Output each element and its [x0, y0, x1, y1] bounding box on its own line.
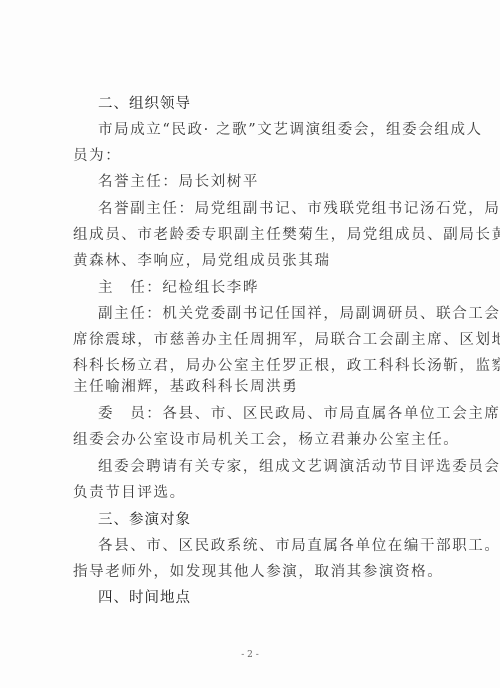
page-number: - 2 - [0, 650, 500, 660]
paragraph-line: 科科长杨立君，局办公室主任罗正根，政工科科长汤靳，监察室 [73, 357, 435, 375]
paragraph-line: 主任喻湘辉，基政科科长周洪勇 [73, 378, 435, 396]
paragraph-line: 组成员、市老龄委专职副主任樊菊生，局党组成员、副局长黄鸣、 [73, 226, 435, 244]
director-line: 主 任：纪检组长李晔 [98, 279, 435, 297]
paragraph-line: 组委会聘请有关专家，组成文艺调演活动节目评选委员会， [98, 458, 435, 476]
honorary-director-line: 名誉主任：局长刘树平 [98, 173, 435, 191]
section-heading-time-place: 四、时间地点 [98, 589, 435, 607]
paragraph-line: 负责节目评选。 [73, 484, 435, 502]
section-heading-participants: 三、参演对象 [98, 511, 435, 529]
paragraph-line: 黄森林、李响应，局党组成员张其瑞 [73, 252, 435, 270]
paragraph-line: 市局成立“民政· 之歌”文艺调演组委会，组委会组成人 [98, 121, 435, 139]
paragraph-line: 员为： [73, 147, 435, 165]
paragraph-line: 各县、市、区民政系统、市局直属各单位在编干部职工。除 [98, 537, 435, 555]
paragraph-line: 指导老师外，如发现其他人参演，取消其参演资格。 [73, 563, 435, 581]
paragraph-line: 席徐震球，市慈善办主任周拥军，局联合工会副主席、区划地名 [73, 331, 435, 349]
section-heading-organization: 二、组织领导 [98, 95, 435, 113]
honorary-deputy-line: 名誉副主任：局党组副书记、市残联党组书记汤石党，局党 [98, 200, 435, 218]
document-page: 二、组织领导 市局成立“民政· 之歌”文艺调演组委会，组委会组成人 员为： 名誉… [0, 0, 500, 688]
deputy-director-line: 副主任：机关党委副书记任国祥，局副调研员、联合工会主 [98, 305, 435, 323]
paragraph-line: 组委会办公室设市局机关工会，杨立君兼办公室主任。 [73, 431, 435, 449]
members-line: 委 员：各县、市、区民政局、市局直属各单位工会主席。 [98, 405, 435, 423]
